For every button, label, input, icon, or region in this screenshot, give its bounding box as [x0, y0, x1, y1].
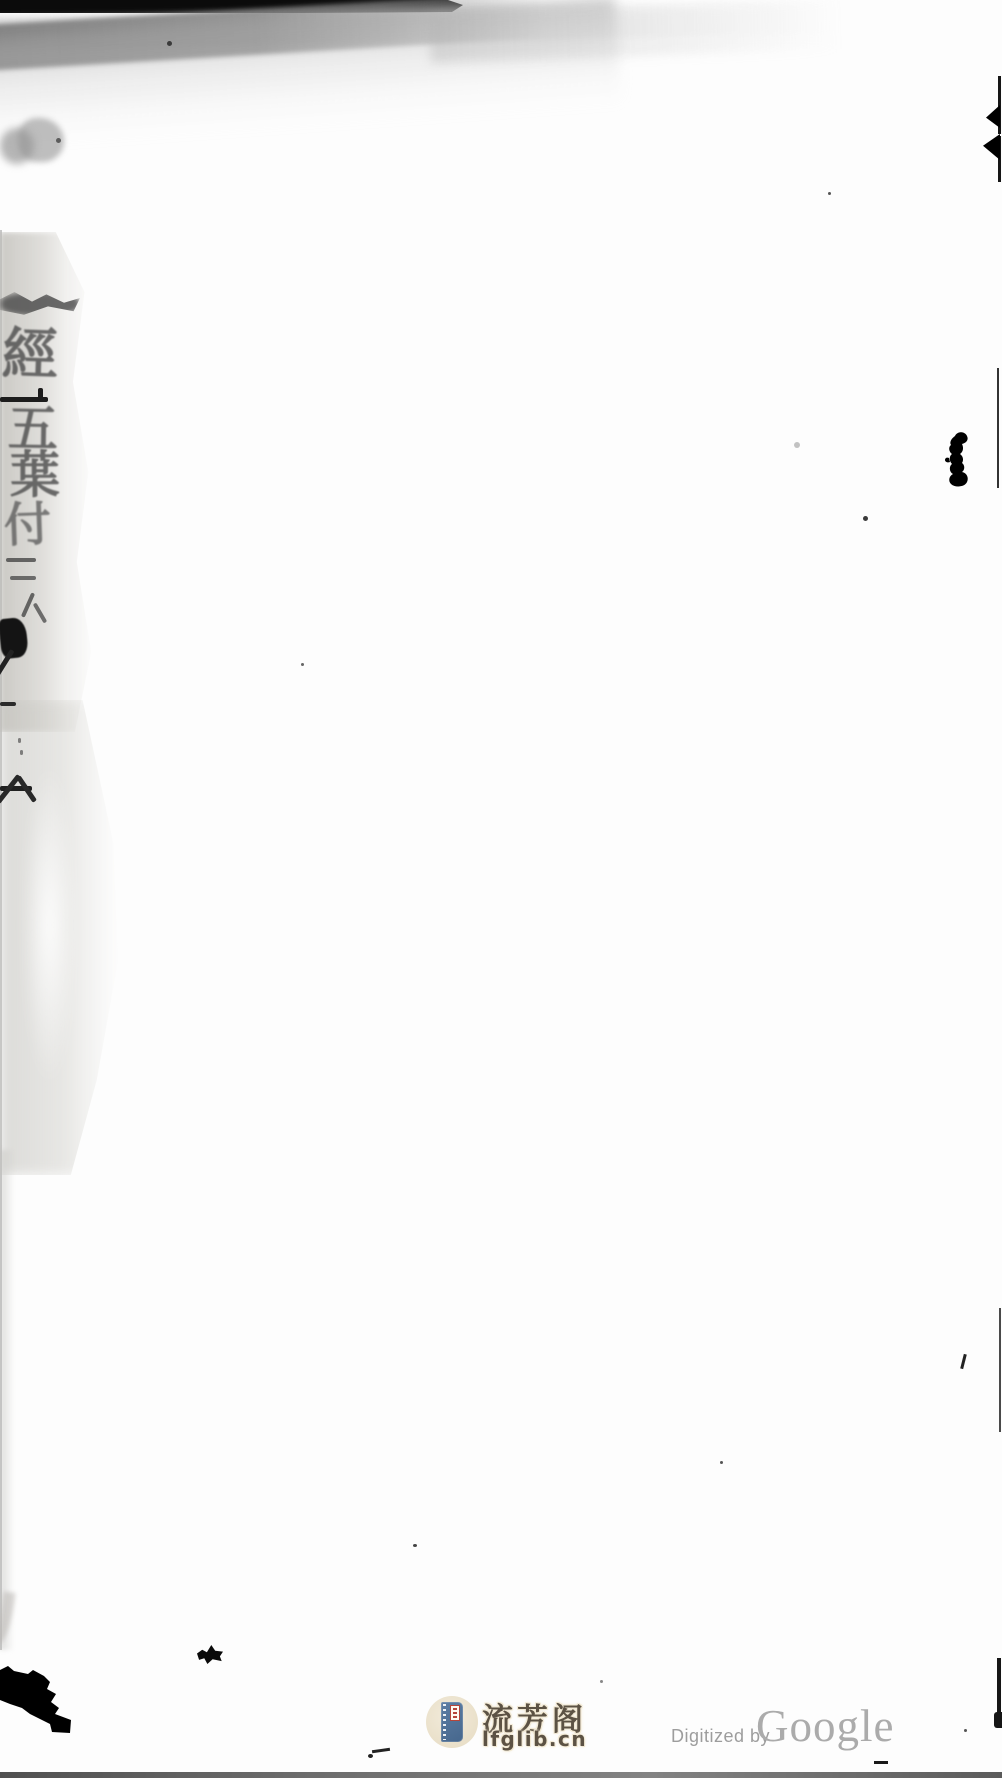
right-edge-line-segment — [999, 1308, 1001, 1432]
spine-stroke-mark — [6, 558, 36, 562]
watermark-site-url: lfglib.cn — [482, 1727, 587, 1751]
google-logo: Google — [756, 1700, 894, 1752]
spine-character: 葉 — [10, 450, 60, 500]
ink-speck — [863, 516, 868, 521]
scan-bottom-edge — [0, 1772, 1002, 1778]
ink-blot-bottom-left — [0, 1662, 74, 1734]
ink-speck — [301, 663, 304, 666]
torn-spine-edge-tail — [0, 1150, 14, 1650]
ink-speck — [413, 1544, 417, 1547]
spine-character: 經 — [1, 327, 59, 385]
right-edge-ink-flag — [983, 134, 1000, 160]
ink-speck — [720, 1461, 723, 1464]
ink-speck — [56, 138, 61, 143]
ink-tick — [960, 1354, 967, 1369]
scanned-page: 經 五 葉 付 流芳阁 — [0, 0, 1002, 1780]
ink-speck — [828, 192, 831, 195]
spine-stroke-mark — [0, 702, 16, 706]
corner-smudge — [0, 128, 34, 164]
spine-stroke-mark — [10, 576, 36, 580]
book-stitch-decoration — [443, 1704, 446, 1740]
ink-speck — [600, 1680, 603, 1683]
right-edge-ink-flag — [986, 105, 1000, 128]
spine-character: 付 — [3, 501, 52, 550]
torn-spine-edge-highlight — [22, 760, 77, 1090]
spine-stroke-mark — [18, 738, 21, 743]
spine-stroke-mark — [20, 750, 23, 755]
ink-dash — [874, 1761, 888, 1764]
right-edge-line-foot — [994, 1712, 1002, 1728]
watermark-badge — [426, 1696, 478, 1748]
ink-scribble — [372, 1748, 390, 1753]
ink-speck — [964, 1729, 967, 1732]
spine-stroke-mark — [38, 388, 43, 400]
ink-speck — [167, 41, 172, 46]
book-icon — [441, 1702, 463, 1742]
ink-scribble — [368, 1754, 373, 1758]
book-title-label — [450, 1705, 460, 1721]
right-edge-line-segment — [997, 1658, 1001, 1714]
ink-blot-seahorse — [941, 430, 971, 490]
right-edge-line-segment — [997, 368, 999, 488]
ink-blot-small — [197, 1645, 223, 1664]
dust-speck — [794, 442, 800, 448]
